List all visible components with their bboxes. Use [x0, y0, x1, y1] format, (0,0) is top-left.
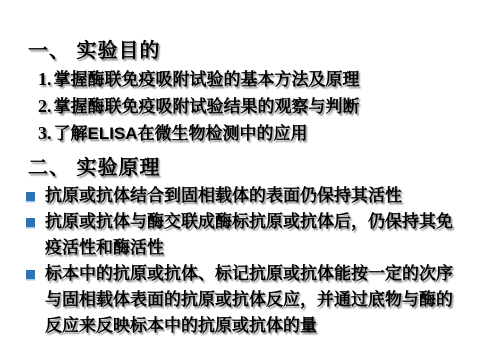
objectives-list: 1. 掌握酶联免疫吸附试验的基本方法及原理 2. 掌握酶联免疫吸附试验结果的观察…: [38, 66, 466, 147]
list-item: 3. 了解ELISA在微生物检测中的应用: [38, 120, 466, 147]
bullet-square-icon: [26, 192, 35, 201]
bullet-square-icon: [26, 270, 35, 279]
item-number: 1.: [38, 66, 52, 93]
presentation-slide: 一、 实验目的 1. 掌握酶联免疫吸附试验的基本方法及原理 2. 掌握酶联免疫吸…: [0, 0, 480, 360]
item-text: 抗原或抗体结合到固相载体的表面仍保持其活性: [45, 183, 466, 209]
item-text: 抗原或抗体与酶交联成酶标抗原或抗体后，仍保持其免疫活性和酶活性: [45, 209, 466, 261]
list-item: 1. 掌握酶联免疫吸附试验的基本方法及原理: [38, 66, 466, 93]
list-item: 抗原或抗体与酶交联成酶标抗原或抗体后，仍保持其免疫活性和酶活性: [26, 209, 466, 261]
item-number: 2.: [38, 93, 52, 120]
list-item: 抗原或抗体结合到固相载体的表面仍保持其活性: [26, 183, 466, 209]
item-text: 掌握酶联免疫吸附试验结果的观察与判断: [54, 93, 360, 120]
section-1-heading: 一、 实验目的: [28, 38, 466, 64]
list-item: 标本中的抗原或抗体、标记抗原或抗体能按一定的次序与固相载体表面的抗原或抗体反应，…: [26, 261, 466, 339]
item-text: 了解ELISA在微生物检测中的应用: [54, 120, 308, 147]
section-2-heading: 二、 实验原理: [28, 155, 466, 181]
list-item: 2. 掌握酶联免疫吸附试验结果的观察与判断: [38, 93, 466, 120]
bullet-square-icon: [26, 218, 35, 227]
item-text: 标本中的抗原或抗体、标记抗原或抗体能按一定的次序与固相载体表面的抗原或抗体反应，…: [45, 261, 466, 339]
item-number: 3.: [38, 120, 52, 147]
principles-list: 抗原或抗体结合到固相载体的表面仍保持其活性 抗原或抗体与酶交联成酶标抗原或抗体后…: [26, 183, 466, 339]
item-text: 掌握酶联免疫吸附试验的基本方法及原理: [54, 66, 360, 93]
